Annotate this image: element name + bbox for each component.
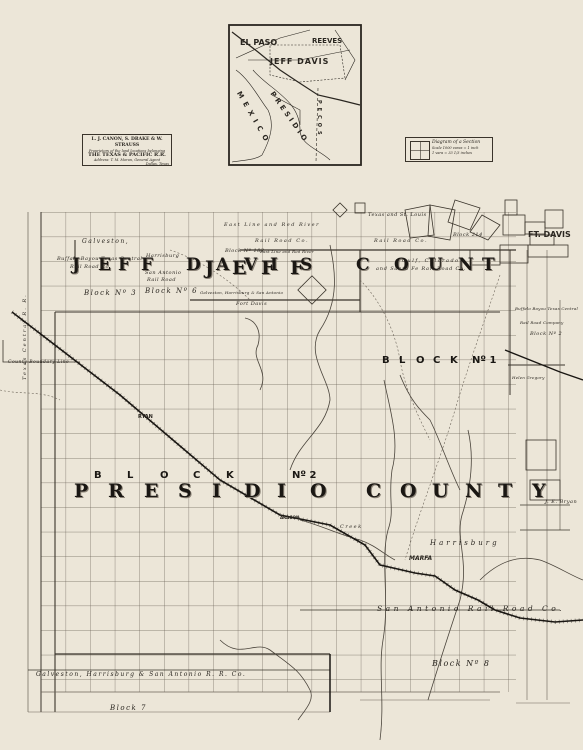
place-fort-davis: FT. DAVIS [528, 230, 571, 239]
county-letter: I [277, 480, 286, 502]
county-letter: I [212, 480, 221, 502]
block-2-east-label: Block Nº 2 [530, 331, 562, 337]
label-central-rr: Texas Central R. R. [22, 293, 28, 380]
block-letter: C [193, 470, 200, 481]
block-214-label: Block 214 [453, 232, 483, 238]
county-letter: N [465, 480, 482, 502]
block-letter: O [160, 470, 169, 481]
county-letter: C [356, 255, 370, 275]
label-san-antonio-rr: San Antonio Rail Road Co. [377, 604, 565, 613]
county-letter: O [400, 480, 417, 502]
label-county-boundary: County Boundary Line [8, 360, 69, 365]
county-letter: V [244, 255, 257, 275]
label-galveston: Galveston, [82, 238, 129, 245]
label-ghsa: Galveston, Harrisburg & San Antonio [200, 290, 283, 295]
block-3-label: Block Nº 3 [84, 289, 137, 297]
cartouche-section-diagram: Diagram of a Section Scale 1000 varas = … [405, 137, 493, 162]
county-letter: N [458, 255, 474, 275]
label-santa-fe: and Santa Fe Rail Road Co. [376, 266, 466, 272]
inset-label-reeves: REEVES [312, 37, 342, 45]
label-texas-st-louis: Texas and St. Louis [368, 212, 427, 218]
place-marfa: MARFA [409, 555, 432, 562]
label-buffalo-bayou: Buffalo Bayou Texas Central [57, 256, 142, 262]
county-letter: O [310, 480, 327, 502]
label-harrisburg: Harrisburg [146, 253, 179, 259]
label-rail-road-company: Rail Road Company [520, 320, 563, 325]
inset-label-pecos: PECOS [316, 100, 322, 139]
block-8-label: Block Nº 8 [432, 659, 491, 668]
place-creek: Creek [340, 524, 363, 530]
block-letter: B [382, 355, 390, 366]
block-letter: L [127, 470, 133, 481]
county-letter: S [300, 255, 312, 275]
county-letter: S [178, 480, 192, 502]
place-ryan: RYAN [138, 414, 153, 420]
cartouche-proprietors: L. J. CANON, S. DRAKE & W. STRAUSS Propr… [82, 134, 172, 166]
county-letter: I [270, 255, 278, 275]
block-letter: L [399, 355, 405, 366]
map-linework [0, 0, 583, 750]
county-letter: J [205, 257, 214, 279]
label-gulf-colorado: Gulf, Colorado [402, 258, 460, 264]
county-letter: C [366, 480, 381, 502]
label-rail-road-co: Rail Road Co. [374, 238, 428, 244]
county-letter: E [144, 480, 158, 502]
county-letter: D [244, 480, 260, 502]
block-182-label: Block Nº 182 [225, 248, 265, 254]
block-letter: O [416, 355, 425, 366]
label-helen-gregory: Helen Gregory [512, 375, 545, 380]
cartouche-line: Dallas, Texas [85, 162, 169, 166]
place-fort-davis-small: Fort Davis [236, 301, 267, 307]
block-letter: K [450, 355, 458, 366]
label-east-line-red-river: East Line and Red River [224, 222, 320, 228]
place-bryan: J. E. Bryan [545, 499, 577, 505]
label-rail-road-co: Rail Road Co. [255, 238, 309, 244]
label-rail-road-co: Rail Road Co. [70, 264, 111, 270]
cartouche-line: 1 vara = 33 1/3 inches [432, 151, 490, 156]
block-letter: C [433, 355, 440, 366]
block-7-label: Block 7 [110, 704, 147, 712]
county-letter: R [108, 480, 124, 502]
inset-label-el-paso: EL PASO [240, 38, 277, 47]
inset-label-jeff-davis: JEFF DAVIS [270, 57, 329, 66]
county-letter: D [186, 255, 201, 275]
block-6-label: Block Nº 6 [145, 287, 198, 295]
label-ghsa-rr-co: Galveston, Harrisburg & San Antonio R. R… [36, 671, 246, 678]
label-east-line-red-river: East Line and Red River [260, 249, 314, 254]
county-letter: A [216, 255, 229, 275]
block-letter: Nº 2 [292, 470, 316, 481]
place-aragon: ARAGON [280, 515, 299, 520]
block-letter: B [94, 470, 102, 481]
block-letter: K [226, 470, 234, 481]
block-letter: Nº 1 [472, 355, 496, 366]
section-diagram-icon [410, 141, 430, 160]
label-rail-road: Rail Road [147, 277, 176, 283]
county-letter: T [498, 480, 512, 502]
county-letter: U [432, 480, 449, 502]
label-san-antonio: San Antonio [145, 270, 181, 276]
county-letter: P [74, 480, 88, 502]
cartouche-line: L. J. CANON, S. DRAKE & W. STRAUSS [85, 137, 169, 149]
county-letter: Y [532, 480, 546, 502]
label-harrisburg: Harrisburg [430, 539, 500, 547]
survey-grid [28, 212, 570, 712]
label-buffalo-bayou: Buffalo Bayou Texas Central [515, 306, 578, 311]
